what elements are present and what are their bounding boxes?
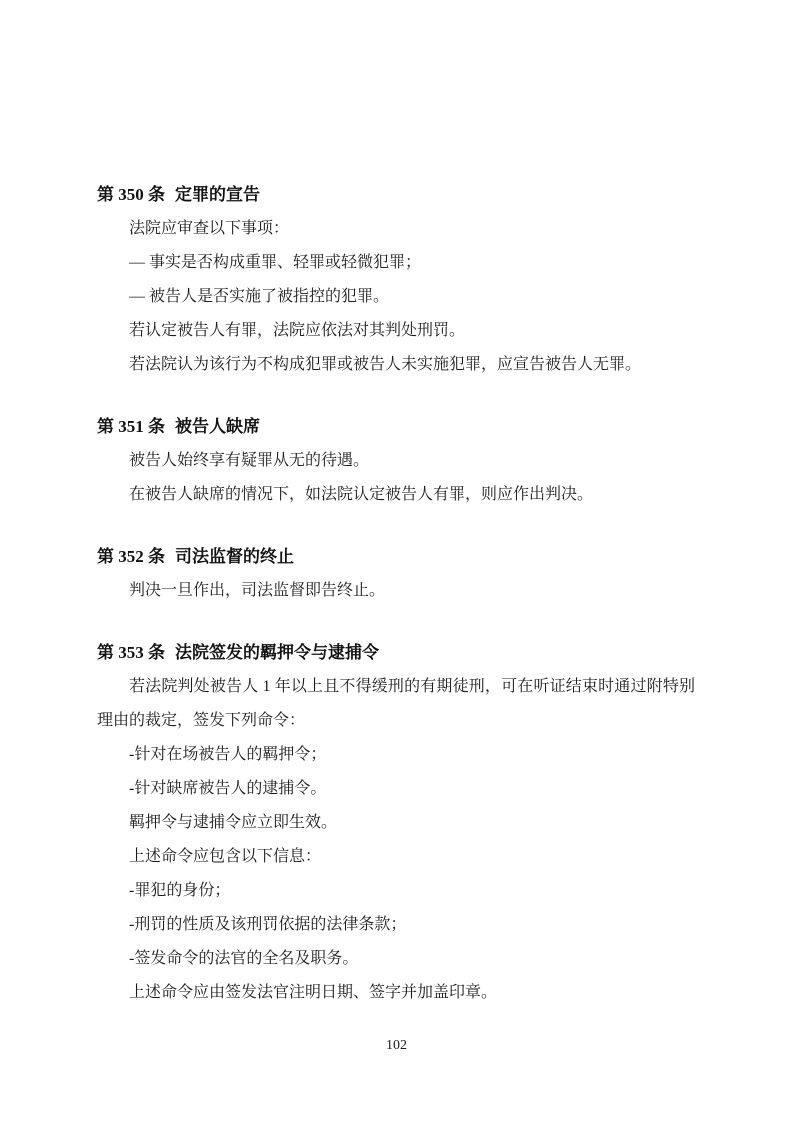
article-heading: 第 351 条被告人缺席 [97, 410, 695, 444]
article-paragraph: — 被告人是否实施了被指控的犯罪。 [97, 280, 695, 314]
page-number: 102 [0, 1036, 793, 1056]
article-paragraph: -刑罚的性质及该刑罚依据的法律条款； [97, 908, 695, 942]
article-paragraph: 判决一旦作出，司法监督即告终止。 [97, 574, 695, 608]
article-heading: 第 350 条定罪的宣告 [97, 178, 695, 212]
article-heading: 第 352 条司法监督的终止 [97, 540, 695, 574]
article-paragraph: -针对在场被告人的羁押令； [97, 738, 695, 772]
article-title: 被告人缺席 [175, 417, 260, 436]
article-number: 第 350 条 [97, 185, 165, 204]
article-heading: 第 353 条法院签发的羁押令与逮捕令 [97, 636, 695, 670]
document-content: 第 350 条定罪的宣告 法院应审查以下事项： — 事实是否构成重罪、轻罪或轻微… [97, 178, 695, 1010]
article-paragraph: 上述命令应由签发法官注明日期、签字并加盖印章。 [97, 976, 695, 1010]
article-number: 第 353 条 [97, 643, 165, 662]
article-paragraph: 若法院认为该行为不构成犯罪或被告人未实施犯罪，应宣告被告人无罪。 [97, 348, 695, 382]
article-paragraph: 被告人始终享有疑罪从无的待遇。 [97, 444, 695, 478]
article-paragraph: 在被告人缺席的情况下，如法院认定被告人有罪，则应作出判决。 [97, 478, 695, 512]
article-paragraph: -罪犯的身份； [97, 874, 695, 908]
article-353: 第 353 条法院签发的羁押令与逮捕令 若法院判处被告人 1 年以上且不得缓刑的… [97, 636, 695, 1010]
article-paragraph: 若法院判处被告人 1 年以上且不得缓刑的有期徒刑，可在听证结束时通过附特别理由的… [97, 670, 695, 738]
article-title: 定罪的宣告 [175, 185, 260, 204]
article-title: 法院签发的羁押令与逮捕令 [175, 643, 379, 662]
article-351: 第 351 条被告人缺席 被告人始终享有疑罪从无的待遇。 在被告人缺席的情况下，… [97, 410, 695, 512]
article-paragraph: 法院应审查以下事项： [97, 212, 695, 246]
document-page: 第 350 条定罪的宣告 法院应审查以下事项： — 事实是否构成重罪、轻罪或轻微… [0, 0, 793, 1122]
article-paragraph: 上述命令应包含以下信息： [97, 840, 695, 874]
article-number: 第 351 条 [97, 417, 165, 436]
article-number: 第 352 条 [97, 547, 165, 566]
article-paragraph: -针对缺席被告人的逮捕令。 [97, 772, 695, 806]
article-350: 第 350 条定罪的宣告 法院应审查以下事项： — 事实是否构成重罪、轻罪或轻微… [97, 178, 695, 382]
article-paragraph: — 事实是否构成重罪、轻罪或轻微犯罪； [97, 246, 695, 280]
article-title: 司法监督的终止 [175, 547, 294, 566]
article-paragraph: -签发命令的法官的全名及职务。 [97, 942, 695, 976]
article-paragraph: 羁押令与逮捕令应立即生效。 [97, 806, 695, 840]
article-352: 第 352 条司法监督的终止 判决一旦作出，司法监督即告终止。 [97, 540, 695, 608]
article-paragraph: 若认定被告人有罪，法院应依法对其判处刑罚。 [97, 314, 695, 348]
